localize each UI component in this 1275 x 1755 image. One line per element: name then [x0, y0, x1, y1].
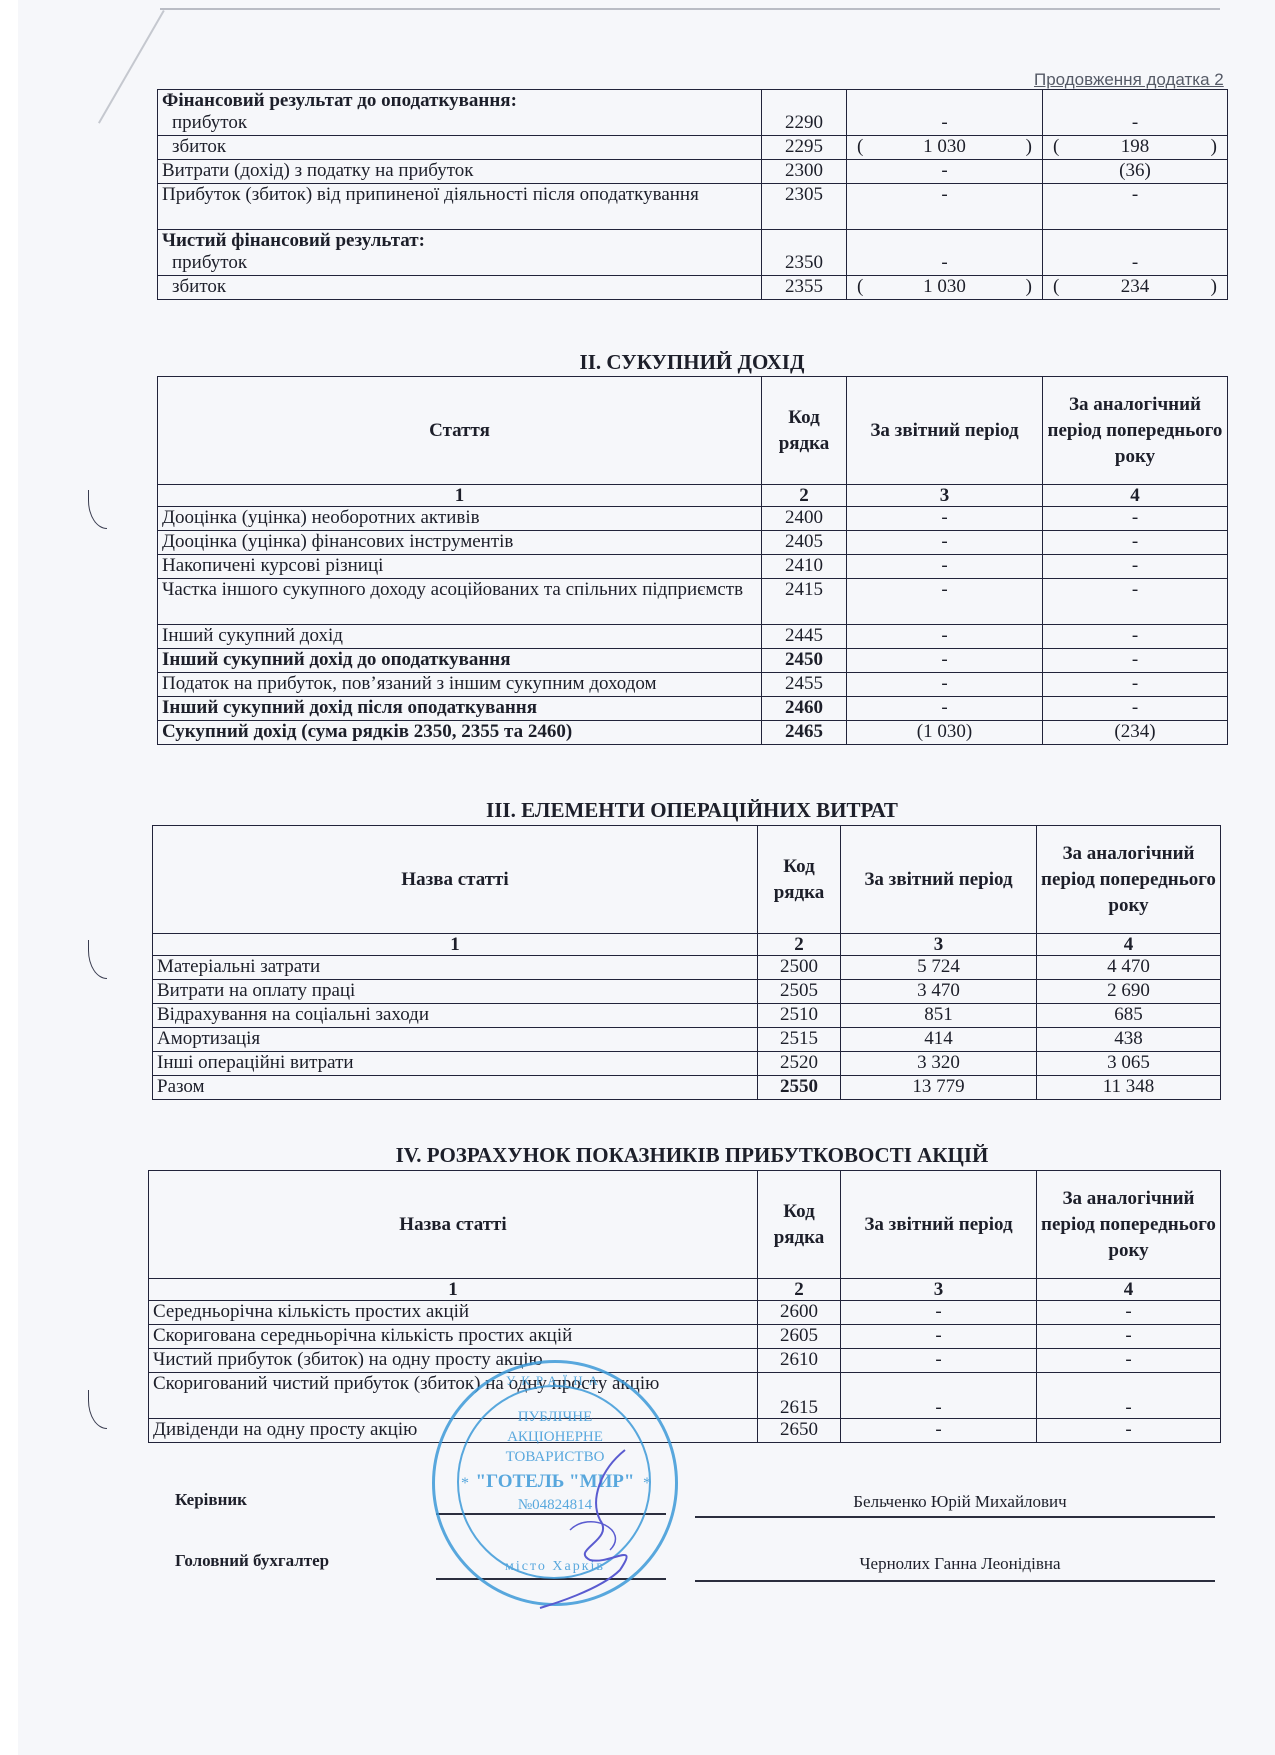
- table-row: прибуток2350--: [158, 252, 1228, 276]
- column-number: 3: [841, 1279, 1037, 1301]
- close-paren: ): [1026, 276, 1032, 297]
- row-label: Витрати на оплату праці: [153, 980, 758, 1004]
- open-paren: (: [857, 136, 863, 157]
- previous-period-value: 2 690: [1037, 980, 1221, 1004]
- current-period-value: 3 320: [841, 1052, 1037, 1076]
- table-row: Дооцінка (уцінка) необоротних активів240…: [158, 507, 1228, 531]
- column-header-4: За аналогічний період попереднього року: [1043, 377, 1228, 485]
- current-period-value: (1 030): [847, 136, 1043, 160]
- current-period-value: -: [841, 1301, 1037, 1325]
- stamp-line: ПУБЛІЧНЕ: [435, 1409, 675, 1426]
- current-period-value: (1 030): [847, 276, 1043, 300]
- current-period-value: -: [847, 579, 1043, 625]
- row-label: Відрахування на соціальні заходи: [153, 1004, 758, 1028]
- current-period-value: -: [847, 673, 1043, 697]
- row-label: Разом: [153, 1076, 758, 1100]
- previous-period-value: -: [1043, 649, 1228, 673]
- column-header-2: Код рядка: [758, 1171, 841, 1279]
- table-row: Дооцінка (уцінка) фінансових інструменті…: [158, 531, 1228, 555]
- financial-result-table: Фінансовий результат до оподаткування:пр…: [157, 89, 1228, 300]
- column-number: 1: [149, 1279, 758, 1301]
- column-header-4: За аналогічний період попереднього року: [1037, 826, 1221, 934]
- current-period-value: 851: [841, 1004, 1037, 1028]
- section-title-comprehensive-income: II. СУКУПНИЙ ДОХІД: [157, 350, 1227, 375]
- open-paren: (: [1053, 276, 1059, 297]
- current-period-value: (1 030): [847, 721, 1043, 745]
- margin-mark: [88, 940, 107, 979]
- current-period-value: -: [841, 1349, 1037, 1373]
- table-row: Дивіденди на одну просту акцію2650--: [149, 1419, 1221, 1443]
- previous-period-value: -: [1043, 625, 1228, 649]
- row-code: 2405: [762, 531, 847, 555]
- row-code: 2600: [758, 1301, 841, 1325]
- parenthesized-value: (198): [1047, 136, 1223, 157]
- table-row: Скоригований чистий прибуток (збиток) на…: [149, 1373, 1221, 1419]
- value: 1 030: [923, 276, 966, 297]
- row-code: 2450: [762, 649, 847, 673]
- table-row: Чистий прибуток (збиток) на одну просту …: [149, 1349, 1221, 1373]
- row-code: [762, 90, 847, 112]
- table-row: збиток2295(1 030)(198): [158, 136, 1228, 160]
- row-label: Накопичені курсові різниці: [158, 555, 762, 579]
- comprehensive-income-table: СтаттяКод рядкаЗа звітний періодЗа анало…: [157, 376, 1228, 745]
- column-header-1: Назва статті: [149, 1171, 758, 1279]
- table-header-row: Назва статтіКод рядкаЗа звітний періодЗа…: [153, 826, 1221, 934]
- row-label: Інший сукупний дохід після оподаткування: [158, 697, 762, 721]
- row-code: 2410: [762, 555, 847, 579]
- row-code: 2300: [762, 160, 847, 184]
- previous-period-value: 3 065: [1037, 1052, 1221, 1076]
- table-header-row: Назва статтіКод рядкаЗа звітний періодЗа…: [149, 1171, 1221, 1279]
- table-row: Інший сукупний дохід до оподаткування245…: [158, 649, 1228, 673]
- row-label: Витрати (дохід) з податку на прибуток: [158, 160, 762, 184]
- section-title-share-profitability: IV. РОЗРАХУНОК ПОКАЗНИКІВ ПРИБУТКОВОСТІ …: [157, 1143, 1227, 1168]
- director-name-line: [695, 1516, 1215, 1518]
- row-code: 2610: [758, 1349, 841, 1373]
- row-label: Чистий фінансовий результат:: [158, 230, 762, 252]
- table-row: Відрахування на соціальні заходи25108516…: [153, 1004, 1221, 1028]
- previous-period-value: -: [1043, 507, 1228, 531]
- row-label: Чистий прибуток (збиток) на одну просту …: [149, 1349, 758, 1373]
- row-label: Інший сукупний дохід: [158, 625, 762, 649]
- row-label: Фінансовий результат до оподаткування:: [158, 90, 762, 112]
- row-label: збиток: [158, 276, 762, 300]
- table-row: Середньорічна кількість простих акцій260…: [149, 1301, 1221, 1325]
- row-label: Матеріальні затрати: [153, 956, 758, 980]
- current-period-value: 5 724: [841, 956, 1037, 980]
- table-row: Витрати на оплату праці25053 4702 690: [153, 980, 1221, 1004]
- row-code: 2445: [762, 625, 847, 649]
- row-code: 2455: [762, 673, 847, 697]
- table-row: Прибуток (збиток) від припиненої діяльно…: [158, 184, 1228, 230]
- previous-period-value: -: [1037, 1301, 1221, 1325]
- row-label: Податок на прибуток, пов’язаний з іншим …: [158, 673, 762, 697]
- row-code: 2500: [758, 956, 841, 980]
- row-label: Сукупний дохід (сума рядків 2350, 2355 т…: [158, 721, 762, 745]
- current-period-value: -: [847, 697, 1043, 721]
- previous-period-value: -: [1043, 673, 1228, 697]
- column-header-4: За аналогічний період попереднього року: [1037, 1171, 1221, 1279]
- previous-period-value: 438: [1037, 1028, 1221, 1052]
- previous-period-value: -: [1043, 252, 1228, 276]
- scan-edge: [0, 0, 18, 1755]
- previous-period-value: 11 348: [1037, 1076, 1221, 1100]
- row-code: 2465: [762, 721, 847, 745]
- current-period-value: 414: [841, 1028, 1037, 1052]
- parenthesized-value: (1 030): [851, 136, 1038, 157]
- previous-period-value: -: [1043, 184, 1228, 230]
- previous-period-value: -: [1037, 1349, 1221, 1373]
- current-period-value: -: [847, 507, 1043, 531]
- row-code: 2290: [762, 112, 847, 136]
- chief-accountant-label: Головний бухгалтер: [175, 1551, 329, 1571]
- current-period-value: -: [847, 625, 1043, 649]
- value: 234: [1121, 276, 1150, 297]
- row-code: 2510: [758, 1004, 841, 1028]
- row-code: 2400: [762, 507, 847, 531]
- column-number: 4: [1043, 485, 1228, 507]
- column-number: 2: [758, 1279, 841, 1301]
- folded-corner: [98, 10, 165, 124]
- row-label: прибуток: [158, 112, 762, 136]
- column-number-row: 1234: [158, 485, 1228, 507]
- table-row: Фінансовий результат до оподаткування:: [158, 90, 1228, 112]
- column-number: 1: [153, 934, 758, 956]
- current-period-value: -: [847, 184, 1043, 230]
- value: 1 030: [923, 136, 966, 157]
- row-label: Інші операційні витрати: [153, 1052, 758, 1076]
- column-number: 2: [762, 485, 847, 507]
- previous-period-value: -: [1037, 1325, 1221, 1349]
- page-top-edge: [160, 8, 1220, 10]
- table-row: Разом255013 77911 348: [153, 1076, 1221, 1100]
- close-paren: ): [1211, 136, 1217, 157]
- table-row: Інший сукупний дохід2445--: [158, 625, 1228, 649]
- operating-expenses-table: Назва статтіКод рядкаЗа звітний періодЗа…: [152, 825, 1221, 1100]
- share-profitability-table: Назва статтіКод рядкаЗа звітний періодЗа…: [148, 1170, 1221, 1443]
- row-code: [762, 230, 847, 252]
- table-row: Сукупний дохід (сума рядків 2350, 2355 т…: [158, 721, 1228, 745]
- parenthesized-value: (234): [1047, 276, 1223, 297]
- table-row: Інший сукупний дохід після оподаткування…: [158, 697, 1228, 721]
- stamp-top-arc: УКРАЇНА: [435, 1373, 675, 1389]
- column-header-1: Назва статті: [153, 826, 758, 934]
- accountant-name-line: [695, 1580, 1215, 1582]
- row-label: Дооцінка (уцінка) фінансових інструменті…: [158, 531, 762, 555]
- row-code: 2520: [758, 1052, 841, 1076]
- row-code: 2605: [758, 1325, 841, 1349]
- previous-period-value: (198): [1043, 136, 1228, 160]
- open-paren: (: [857, 276, 863, 297]
- row-code: 2460: [762, 697, 847, 721]
- current-period-value: -: [841, 1325, 1037, 1349]
- column-number: 4: [1037, 1279, 1221, 1301]
- row-code: 2350: [762, 252, 847, 276]
- column-number-row: 1234: [153, 934, 1221, 956]
- previous-period-value: -: [1043, 112, 1228, 136]
- row-code: 2305: [762, 184, 847, 230]
- previous-period-value: -: [1037, 1373, 1221, 1419]
- row-label: Скоригована середньорічна кількість прос…: [149, 1325, 758, 1349]
- current-period-value: [847, 230, 1043, 252]
- column-number: 2: [758, 934, 841, 956]
- table-row: Частка іншого сукупного доходу асоційова…: [158, 579, 1228, 625]
- chief-accountant-name: Чернолих Ганна Леонідівна: [700, 1554, 1220, 1574]
- row-code: 2355: [762, 276, 847, 300]
- column-header-2: Код рядка: [758, 826, 841, 934]
- open-paren: (: [1053, 136, 1059, 157]
- margin-mark: [88, 490, 107, 529]
- previous-period-value: 685: [1037, 1004, 1221, 1028]
- row-code: 2415: [762, 579, 847, 625]
- previous-period-value: [1043, 230, 1228, 252]
- parenthesized-value: (1 030): [851, 276, 1038, 297]
- column-number: 3: [847, 485, 1043, 507]
- column-header-1: Стаття: [158, 377, 762, 485]
- table-row: Накопичені курсові різниці2410--: [158, 555, 1228, 579]
- row-label: Амортизація: [153, 1028, 758, 1052]
- row-code: 2615: [758, 1373, 841, 1419]
- previous-period-value: (36): [1043, 160, 1228, 184]
- margin-mark: [88, 1390, 107, 1429]
- previous-period-value: [1043, 90, 1228, 112]
- row-label: Дооцінка (уцінка) необоротних активів: [158, 507, 762, 531]
- director-name: Бельченко Юрій Михайлович: [700, 1492, 1220, 1512]
- table-row: збиток2355(1 030)(234): [158, 276, 1228, 300]
- director-label: Керівник: [175, 1490, 247, 1510]
- previous-period-value: -: [1043, 579, 1228, 625]
- current-period-value: 3 470: [841, 980, 1037, 1004]
- current-period-value: -: [847, 160, 1043, 184]
- continuation-label: Продовження додатка 2: [1034, 70, 1224, 90]
- row-label: Прибуток (збиток) від припиненої діяльно…: [158, 184, 762, 230]
- previous-period-value: (234): [1043, 276, 1228, 300]
- current-period-value: 13 779: [841, 1076, 1037, 1100]
- table-row: Матеріальні затрати25005 7244 470: [153, 956, 1221, 980]
- column-number: 1: [158, 485, 762, 507]
- close-paren: ): [1211, 276, 1217, 297]
- table-row: прибуток2290--: [158, 112, 1228, 136]
- previous-period-value: (234): [1043, 721, 1228, 745]
- previous-period-value: -: [1043, 697, 1228, 721]
- previous-period-value: 4 470: [1037, 956, 1221, 980]
- column-number: 4: [1037, 934, 1221, 956]
- current-period-value: [847, 90, 1043, 112]
- current-period-value: -: [847, 531, 1043, 555]
- column-number-row: 1234: [149, 1279, 1221, 1301]
- row-label: Середньорічна кількість простих акцій: [149, 1301, 758, 1325]
- column-header-3: За звітний період: [841, 1171, 1037, 1279]
- row-code: 2650: [758, 1419, 841, 1443]
- row-label: прибуток: [158, 252, 762, 276]
- column-header-3: За звітний період: [841, 826, 1037, 934]
- current-period-value: -: [847, 649, 1043, 673]
- current-period-value: -: [841, 1373, 1037, 1419]
- table-row: Скоригована середньорічна кількість прос…: [149, 1325, 1221, 1349]
- current-period-value: -: [841, 1419, 1037, 1443]
- previous-period-value: -: [1043, 531, 1228, 555]
- table-row: Витрати (дохід) з податку на прибуток230…: [158, 160, 1228, 184]
- table-row: Амортизація2515414438: [153, 1028, 1221, 1052]
- close-paren: ): [1026, 136, 1032, 157]
- current-period-value: -: [847, 555, 1043, 579]
- row-label: збиток: [158, 136, 762, 160]
- table-row: Чистий фінансовий результат:: [158, 230, 1228, 252]
- row-code: 2295: [762, 136, 847, 160]
- row-label: Частка іншого сукупного доходу асоційова…: [158, 579, 762, 625]
- row-label: Інший сукупний дохід до оподаткування: [158, 649, 762, 673]
- column-number: 3: [841, 934, 1037, 956]
- handwritten-signature-icon: [530, 1440, 660, 1610]
- table-header-row: СтаттяКод рядкаЗа звітний періодЗа анало…: [158, 377, 1228, 485]
- column-header-3: За звітний період: [847, 377, 1043, 485]
- table-row: Податок на прибуток, пов’язаний з іншим …: [158, 673, 1228, 697]
- current-period-value: -: [847, 252, 1043, 276]
- current-period-value: -: [847, 112, 1043, 136]
- row-code: 2505: [758, 980, 841, 1004]
- section-title-operating-expenses: III. ЕЛЕМЕНТИ ОПЕРАЦІЙНИХ ВИТРАТ: [157, 798, 1227, 823]
- row-code: 2515: [758, 1028, 841, 1052]
- row-code: 2550: [758, 1076, 841, 1100]
- table-row: Інші операційні витрати25203 3203 065: [153, 1052, 1221, 1076]
- previous-period-value: -: [1037, 1419, 1221, 1443]
- column-header-2: Код рядка: [762, 377, 847, 485]
- previous-period-value: -: [1043, 555, 1228, 579]
- value: 198: [1121, 136, 1150, 157]
